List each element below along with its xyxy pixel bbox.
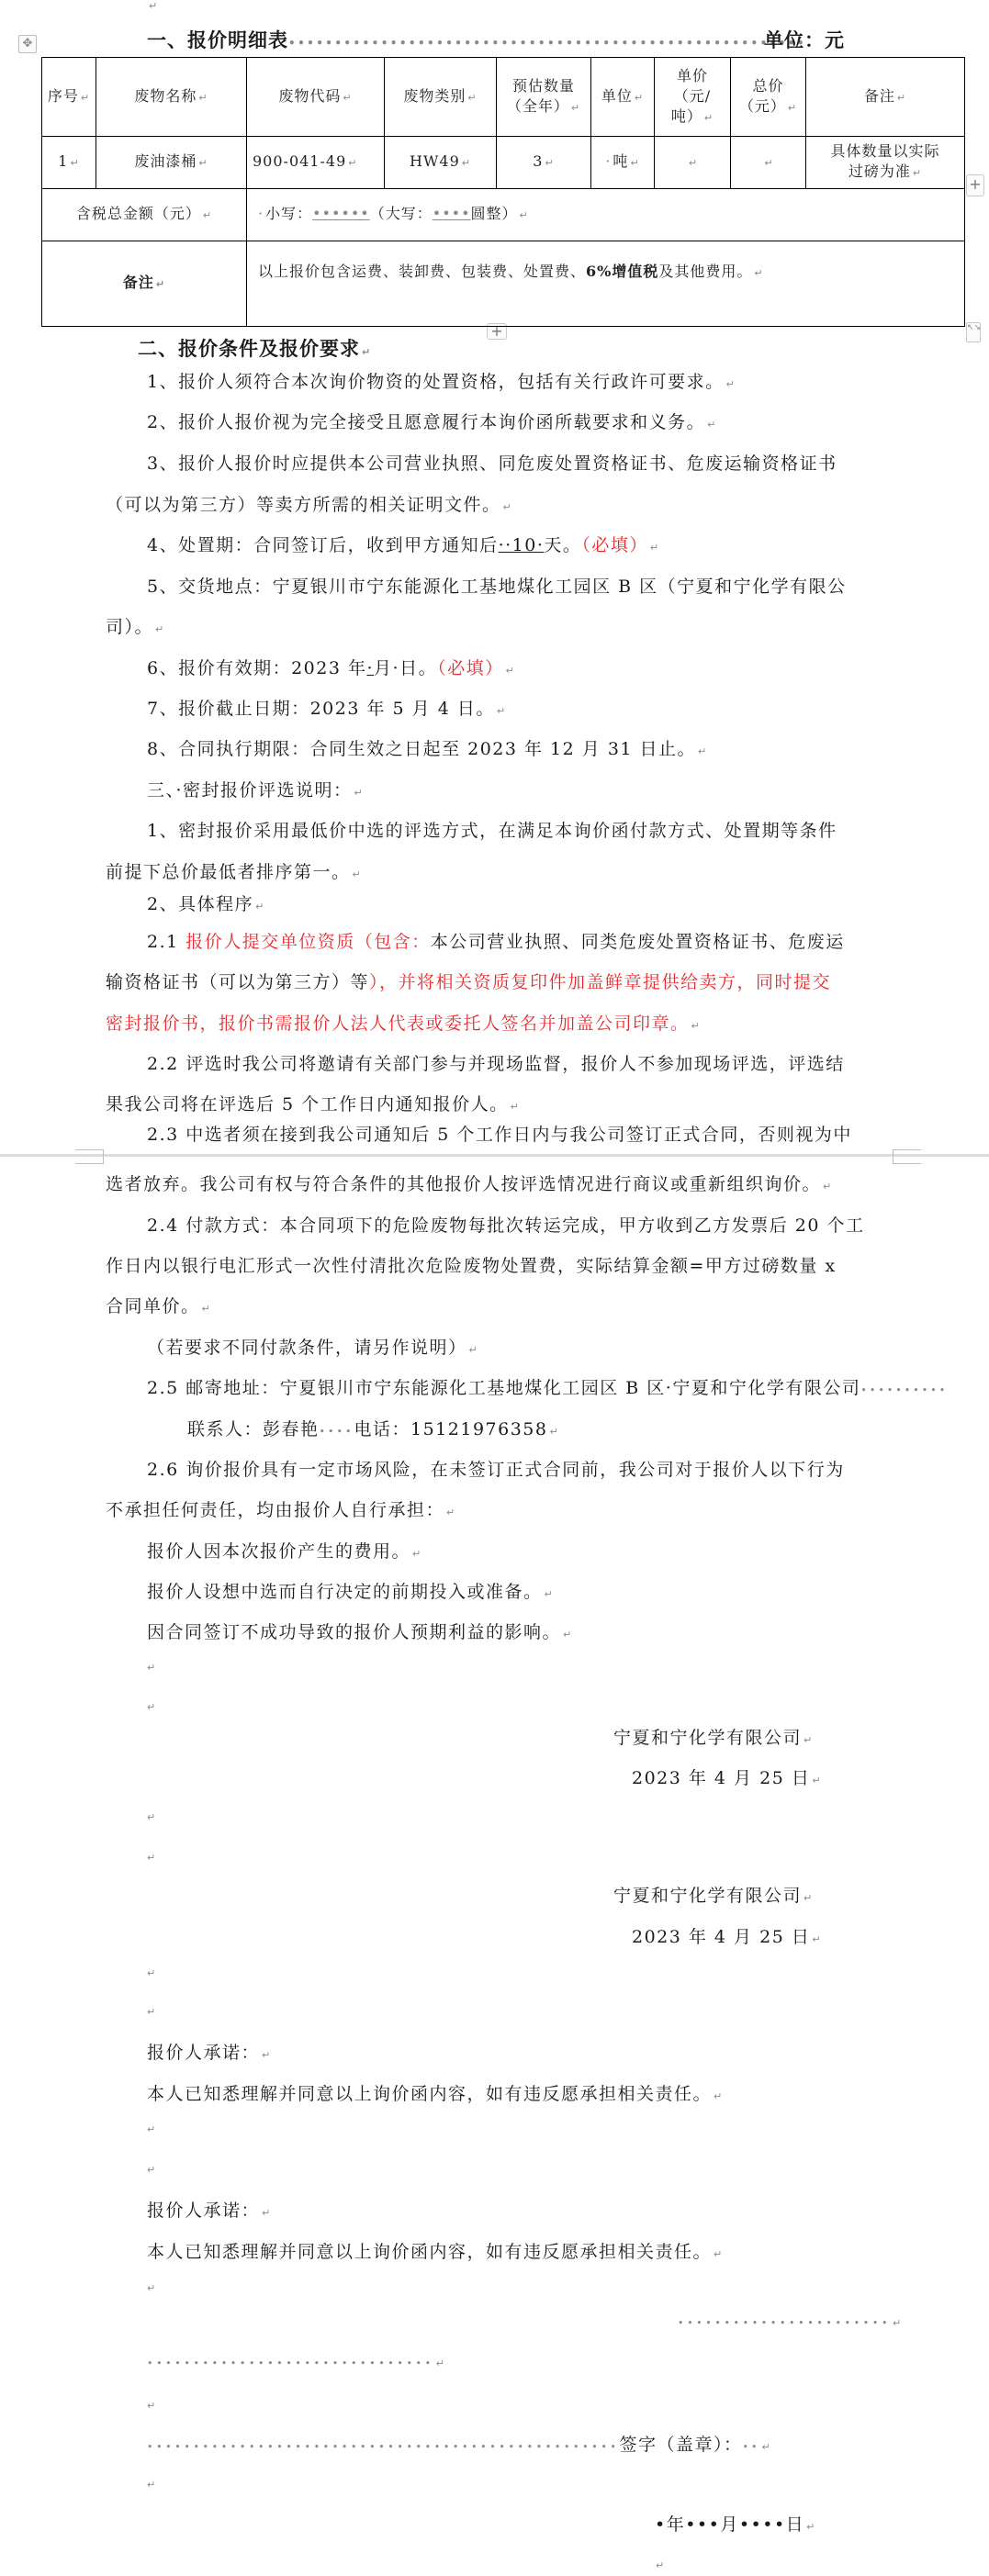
eval-2-1-line1: 2.1 报价人提交单位资质（包含：本公司营业执照、同类危废处置资格证书、危废运 [147, 930, 845, 954]
total-amount-label: 含税总金额（元）↵ [42, 189, 247, 241]
contact-name: 彭春艳 [263, 1419, 320, 1439]
paragraph-mark: ↵ [147, 1852, 155, 1864]
unit-label: 单位：元 [764, 26, 845, 53]
signature-company: 宁夏和宁化学有限公司↵ [613, 1884, 814, 1910]
eval-2-4-line1: 2.4 付款方式：本合同项下的危险废物每批次转运完成，甲方收到乙方发票后 20 … [147, 1214, 865, 1238]
contact-phone: 15121976358 [410, 1419, 547, 1439]
pledge-title: 报价人承诺：↵ [147, 2041, 272, 2067]
condition-1: 1、报价人须符合本次询价物资的处置资格，包括有关行政许可要求。↵ [147, 370, 736, 397]
eval-2-2-line2: 果我公司将在评选后 5 个工作日内通知报价人。↵ [106, 1092, 520, 1119]
table-resize-handle-icon[interactable]: ↖↘ [966, 322, 981, 342]
sign-seal-line: ••••••••••••••••••••••••••••••••••••••••… [147, 2433, 771, 2459]
eval-2: 2、具体程序↵ [147, 892, 265, 919]
condition-6: 6、报价有效期：2023 年·月·日。（必填）↵ [147, 656, 515, 683]
signature-blank-line[interactable]: •••••••••••••••••••••••••••••••↵ [147, 2352, 448, 2376]
condition-3-line1: 3、报价人报价时应提供本公司营业执照、同危废处置资格证书、危废运输资格证书 [147, 452, 837, 476]
big-amount-label: （大写： [370, 205, 433, 222]
eval-2-1-line2: 输资格证书（可以为第三方）等），并将相关资质复印件加盖鲜章提供给卖方，同时提交 [106, 970, 831, 994]
remark-row: 备注↵ 以上报价包含运费、装卸费、包装费、处置费、6%增值税及其他费用。↵ [42, 241, 965, 327]
paragraph-mark: ↵ [147, 1662, 155, 1674]
exemption-item: 报价人设想中选而自行决定的前期投入或准备。↵ [147, 1580, 554, 1607]
sign-seal-field[interactable]: •• [743, 2441, 760, 2453]
title-dots: ••••••••••••••••••••••••••••••••••••••••… [288, 37, 806, 50]
eval-2-6-line2: 不承担任何责任，均由报价人自行承担：↵ [106, 1498, 456, 1525]
eval-2-6-line1: 2.6 询价报价具有一定市场风险，在未签订正式合同前，我公司对于报价人以下行为 [147, 1458, 845, 1482]
condition-7: 7、报价截止日期：2023 年 5 月 4 日。↵ [147, 697, 507, 723]
sign-date-field[interactable]: •年•••月••••日↵ [655, 2513, 816, 2539]
required-note: （必填） [581, 535, 648, 555]
page-corner-mark [75, 1149, 104, 1164]
remark-label: 备注↵ [42, 241, 247, 327]
condition-4: 4、处置期：合同签订后，收到甲方通知后··10·天。（必填）↵ [147, 533, 660, 560]
paragraph-mark: ↵ [147, 2282, 155, 2294]
eval-2-3-line1: 2.3 中选者须在接到我公司通知后 5 个工作日内与我公司签订正式合同，否则视为… [147, 1123, 852, 1147]
exemption-item: 因合同签订不成功导致的报价人预期利益的影响。↵ [147, 1620, 573, 1647]
paragraph-mark: ↵ [656, 2559, 664, 2571]
signature-date: 2023 年 4 月 25 日↵ [632, 1766, 822, 1793]
eval-2-3-line2: 选者放弃。我公司有权与符合条件的其他报价人按评选情况进行商议或重新组织询价。↵ [106, 1172, 833, 1199]
eval-2-4-line3: 合同单价。↵ [106, 1294, 211, 1321]
eval-1-line2: 前提下总价最低者排序第一。↵ [106, 860, 362, 887]
small-amount-field[interactable]: •••••• [312, 205, 370, 222]
header-code: 废物代码↵ [247, 58, 385, 137]
header-total: 总价（元）↵ [731, 58, 806, 137]
cell-remark[interactable]: 具体数量以实际过磅为准↵ [806, 137, 965, 189]
header-unit: 单位↵ [591, 58, 655, 137]
cell-category[interactable]: HW49↵ [385, 137, 497, 189]
cell-total[interactable]: ↵ [731, 137, 806, 189]
header-unit-price: 单价（元/吨）↵ [655, 58, 731, 137]
header-qty: 预估数量（全年）↵ [497, 58, 591, 137]
mailing-address: 2.5 邮寄地址：宁夏银川市宁东能源化工基地煤化工园区 B 区·宁夏和宁化学有限… [147, 1376, 948, 1403]
condition-5-line1: 5、交货地点：宁夏银川市宁东能源化工基地煤化工园区 B 区（宁夏和宁化学有限公 [147, 575, 847, 599]
cell-no[interactable]: 1↵ [42, 137, 96, 189]
cell-name[interactable]: 废油漆桶↵ [96, 137, 247, 189]
contact-line: 联系人：彭春艳••••电话：15121976358↵ [187, 1417, 559, 1444]
cell-unit[interactable]: ·吨↵ [591, 137, 655, 189]
eval-2-1-line3: 密封报价书，报价书需报价人法人代表或委托人签名并加盖公司印章。↵ [106, 1012, 701, 1038]
section3-title: 三、·密封报价评选说明：↵ [147, 778, 364, 805]
paragraph-mark: ↵ [147, 1967, 155, 1979]
table-header-row: 序号↵ 废物名称↵ 废物代码↵ 废物类别↵ 预估数量（全年）↵ 单位↵ 单价（元… [42, 58, 965, 137]
total-amount-value-cell[interactable]: ·小写：••••••（大写：••••圆整）↵ [247, 189, 965, 241]
table-move-handle-icon[interactable]: ✥ [18, 35, 37, 53]
required-note: （必填） [437, 658, 504, 678]
eval-1-line1: 1、密封报价采用最低价中选的评选方式，在满足本询价函付款方式、处置期等条件 [147, 819, 837, 843]
section1-title: 一、报价明细表 [147, 29, 288, 51]
condition-5-line2: 司）。↵ [106, 615, 165, 642]
paragraph-mark: ↵ [149, 0, 157, 12]
small-amount-label: 小写： [265, 205, 312, 222]
condition-2: 2、报价人报价视为完全接受且愿意履行本询价函所载要求和义务。↵ [147, 410, 717, 437]
paragraph-mark: ↵ [147, 2164, 155, 2176]
payment-note: （若要求不同付款条件，请另作说明）↵ [147, 1336, 478, 1362]
paragraph-mark: ↵ [147, 2123, 155, 2135]
condition-3-line2: （可以为第三方）等卖方所需的相关证明文件。↵ [106, 493, 512, 520]
add-row-button[interactable]: + [966, 174, 984, 196]
pledge-text: 本人已知悉理解并同意以上询价函内容，如有违反愿承担相关责任。↵ [147, 2240, 724, 2267]
eval-2-2-line1: 2.2 评选时我公司将邀请有关部门参与并现场监督，报价人不参加现场评选，评选结 [147, 1052, 845, 1076]
condition-8: 8、合同执行期限：合同生效之日起至 2023 年 12 月 31 日止。↵ [147, 737, 708, 764]
page-corner-mark [893, 1149, 921, 1164]
paragraph-mark: ↵ [147, 1811, 155, 1823]
remark-text: 以上报价包含运费、装卸费、包装费、处置费、6%增值税及其他费用。↵ [247, 241, 965, 327]
sign-seal-label: 签字（盖章）： [620, 2435, 743, 2455]
table-row: 1↵ 废油漆桶↵ 900-041-49↵ HW49↵ 3↵ ·吨↵ ↵ ↵ 具体… [42, 137, 965, 189]
disposal-days-field[interactable]: ··10· [499, 535, 545, 555]
signature-date: 2023 年 4 月 25 日↵ [632, 1925, 822, 1952]
pledge-text: 本人已知悉理解并同意以上询价函内容，如有违反愿承担相关责任。↵ [147, 2082, 724, 2109]
paragraph-mark: ↵ [147, 2006, 155, 2018]
eval-2-4-line2: 作日内以银行电汇形式一次性付清批次危险废物处置费，实际结算金额=甲方过磅数量 x [106, 1254, 837, 1278]
paragraph-mark: ↵ [147, 2400, 155, 2412]
validity-month-field[interactable]: · [366, 658, 374, 678]
pledge-title: 报价人承诺：↵ [147, 2199, 272, 2225]
header-category: 废物类别↵ [385, 58, 497, 137]
page-break-divider [0, 1154, 989, 1157]
section2-title: 二、报价条件及报价要求↵ [138, 334, 371, 362]
header-no: 序号↵ [42, 58, 96, 137]
big-amount-field[interactable]: •••• [433, 205, 471, 222]
cell-unit-price[interactable]: ↵ [655, 137, 731, 189]
cell-qty[interactable]: 3↵ [497, 137, 591, 189]
signature-company: 宁夏和宁化学有限公司↵ [613, 1726, 814, 1753]
paragraph-mark: ↵ [147, 2479, 155, 2491]
quote-table: 序号↵ 废物名称↵ 废物代码↵ 废物类别↵ 预估数量（全年）↵ 单位↵ 单价（元… [41, 57, 965, 327]
cell-code[interactable]: 900-041-49↵ [247, 137, 385, 189]
section1-title-line: 一、报价明细表•••••••••••••••••••••••••••••••••… [147, 26, 806, 53]
header-name: 废物名称↵ [96, 58, 247, 137]
signature-blank-line[interactable]: •••••••••••••••••••••••↵ [678, 2312, 905, 2335]
header-remark: 备注↵ [806, 58, 965, 137]
exemption-item: 报价人因本次报价产生的费用。↵ [147, 1540, 422, 1566]
paragraph-mark: ↵ [147, 1701, 155, 1713]
total-amount-row: 含税总金额（元）↵ ·小写：••••••（大写：••••圆整）↵ [42, 189, 965, 241]
